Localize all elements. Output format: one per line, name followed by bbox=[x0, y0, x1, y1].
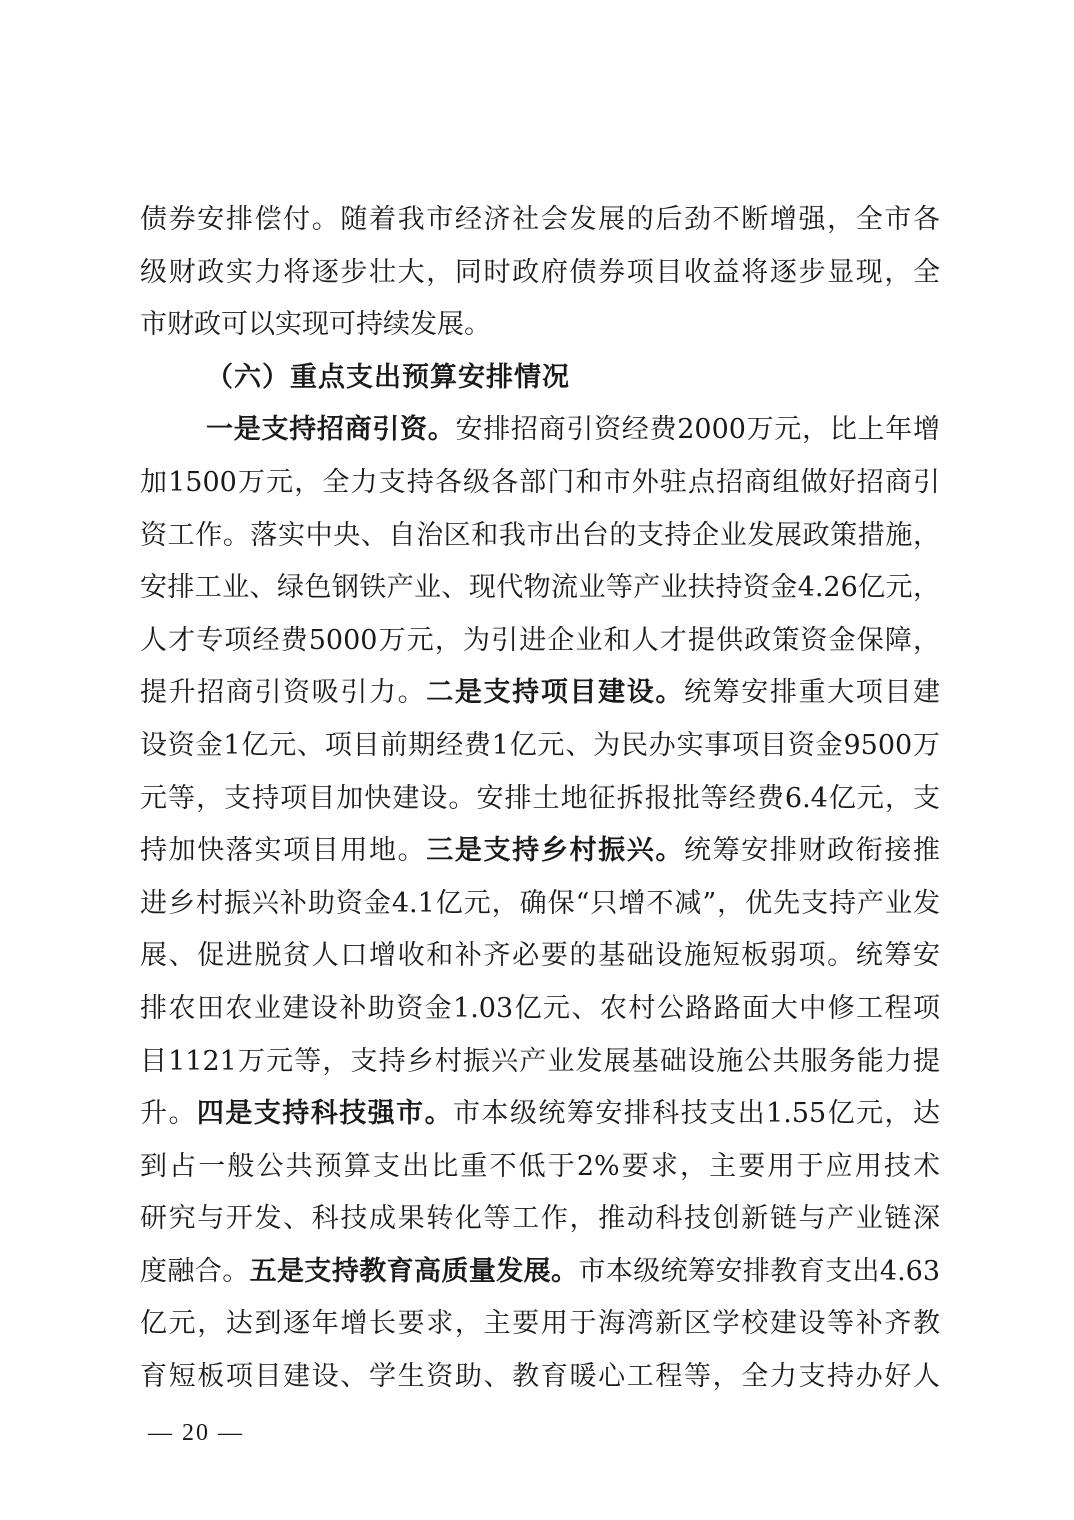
text-line: 一是支持招商引资。安排招商引资经费2000万元，比上年增 bbox=[140, 404, 940, 457]
bold-lead-phrase: 五是支持教育高质量发展。 bbox=[250, 1256, 579, 1287]
page-number: — 20 — bbox=[148, 1420, 244, 1447]
text-segment: 级财政实力将逐步壮大，同时政府债券项目收益将逐步显现，全 bbox=[140, 257, 940, 288]
text-line: 育短板项目建设、学生资助、教育暖心工程等，全力支持办好人 bbox=[140, 1351, 940, 1404]
text-segment: 统筹安排重大项目建 bbox=[684, 677, 940, 708]
text-segment: 设资金1亿元、项目前期经费1亿元、为民办实事项目资金9500万 bbox=[140, 730, 940, 761]
text-line: 提升招商引资吸引力。二是支持项目建设。统筹安排重大项目建 bbox=[140, 667, 940, 720]
text-line: 度融合。五是支持教育高质量发展。市本级统筹安排教育支出4.63 bbox=[140, 1246, 940, 1299]
text-segment: 到占一般公共预算支出比重不低于2%要求，主要用于应用技术 bbox=[140, 1151, 940, 1182]
text-segment: 市本级统筹安排教育支出4.63 bbox=[578, 1256, 940, 1287]
text-segment: 统筹安排财政衔接推 bbox=[684, 835, 940, 866]
text-line: 级财政实力将逐步壮大，同时政府债券项目收益将逐步显现，全 bbox=[140, 247, 940, 300]
text-segment: 加1500万元，全力支持各级各部门和市外驻点招商组做好招商引 bbox=[140, 467, 940, 498]
text-segment: 进乡村振兴补助资金4.1亿元，确保“只增不减”，优先支持产业发 bbox=[140, 888, 940, 919]
bold-lead-phrase: （六）重点支出预算安排情况 bbox=[206, 362, 570, 393]
text-segment: 亿元，达到逐年增长要求，主要用于海湾新区学校建设等补齐教 bbox=[140, 1308, 940, 1339]
text-line: 资工作。落实中央、自治区和我市出台的支持企业发展政策措施， bbox=[140, 510, 940, 563]
text-line: 研究与开发、科技成果转化等工作，推动科技创新链与产业链深 bbox=[140, 1193, 940, 1246]
text-segment: 提升招商引资吸引力。 bbox=[140, 677, 426, 708]
text-line: 设资金1亿元、项目前期经费1亿元、为民办实事项目资金9500万 bbox=[140, 720, 940, 773]
bold-lead-phrase: 四是支持科技强市。 bbox=[197, 1098, 453, 1129]
text-segment: 育短板项目建设、学生资助、教育暖心工程等，全力支持办好人 bbox=[140, 1361, 940, 1392]
text-segment: 市本级统筹安排科技支出1.55亿元，达 bbox=[453, 1098, 940, 1129]
text-segment: 展、促进脱贫人口增收和补齐必要的基础设施短板弱项。统筹安 bbox=[140, 940, 940, 971]
text-segment: 安排招商引资经费2000万元，比上年增 bbox=[455, 414, 940, 445]
text-line: 元等，支持项目加快建设。安排土地征拆报批等经费6.4亿元，支 bbox=[140, 773, 940, 826]
text-segment: 债券安排偿付。随着我市经济社会发展的后劲不断增强，全市各 bbox=[140, 204, 940, 235]
text-segment: 市财政可以实现可持续发展。 bbox=[140, 309, 491, 340]
text-line: 债券安排偿付。随着我市经济社会发展的后劲不断增强，全市各 bbox=[140, 194, 940, 247]
text-segment: 元等，支持项目加快建设。安排土地征拆报批等经费6.4亿元，支 bbox=[140, 783, 940, 814]
body-text: 债券安排偿付。随着我市经济社会发展的后劲不断增强，全市各级财政实力将逐步壮大，同… bbox=[140, 194, 940, 1404]
text-segment: 研究与开发、科技成果转化等工作，推动科技创新链与产业链深 bbox=[140, 1203, 940, 1234]
text-segment: 度融合。 bbox=[140, 1256, 250, 1287]
bold-lead-phrase: 二是支持项目建设。 bbox=[426, 677, 684, 708]
text-segment: 人才专项经费5000万元，为引进企业和人才提供政策资金保障， bbox=[140, 625, 940, 656]
section-heading: （六）重点支出预算安排情况 bbox=[140, 352, 940, 405]
text-segment: 升。 bbox=[140, 1098, 197, 1129]
text-line: 市财政可以实现可持续发展。 bbox=[140, 299, 940, 352]
text-segment: 资工作。落实中央、自治区和我市出台的支持企业发展政策措施， bbox=[140, 520, 940, 551]
text-segment: 目1121万元等，支持乡村振兴产业发展基础设施公共服务能力提 bbox=[140, 1046, 940, 1077]
text-line: 安排工业、绿色钢铁产业、现代物流业等产业扶持资金4.26亿元， bbox=[140, 562, 940, 615]
bold-lead-phrase: 一是支持招商引资。 bbox=[206, 414, 455, 445]
text-line: 目1121万元等，支持乡村振兴产业发展基础设施公共服务能力提 bbox=[140, 1036, 940, 1089]
document-page: 债券安排偿付。随着我市经济社会发展的后劲不断增强，全市各级财政实力将逐步壮大，同… bbox=[0, 0, 1074, 1520]
text-line: 加1500万元，全力支持各级各部门和市外驻点招商组做好招商引 bbox=[140, 457, 940, 510]
text-line: 排农田农业建设补助资金1.03亿元、农村公路路面大中修工程项 bbox=[140, 983, 940, 1036]
bold-lead-phrase: 三是支持乡村振兴。 bbox=[426, 835, 684, 866]
text-line: 持加快落实项目用地。三是支持乡村振兴。统筹安排财政衔接推 bbox=[140, 825, 940, 878]
text-segment: 安排工业、绿色钢铁产业、现代物流业等产业扶持资金4.26亿元， bbox=[140, 572, 940, 603]
text-segment: 持加快落实项目用地。 bbox=[140, 835, 426, 866]
text-segment: 排农田农业建设补助资金1.03亿元、农村公路路面大中修工程项 bbox=[140, 993, 940, 1024]
text-line: 进乡村振兴补助资金4.1亿元，确保“只增不减”，优先支持产业发 bbox=[140, 878, 940, 931]
text-line: 人才专项经费5000万元，为引进企业和人才提供政策资金保障， bbox=[140, 615, 940, 668]
text-line: 亿元，达到逐年增长要求，主要用于海湾新区学校建设等补齐教 bbox=[140, 1298, 940, 1351]
text-line: 升。四是支持科技强市。市本级统筹安排科技支出1.55亿元，达 bbox=[140, 1088, 940, 1141]
text-line: 展、促进脱贫人口增收和补齐必要的基础设施短板弱项。统筹安 bbox=[140, 930, 940, 983]
text-line: 到占一般公共预算支出比重不低于2%要求，主要用于应用技术 bbox=[140, 1141, 940, 1194]
